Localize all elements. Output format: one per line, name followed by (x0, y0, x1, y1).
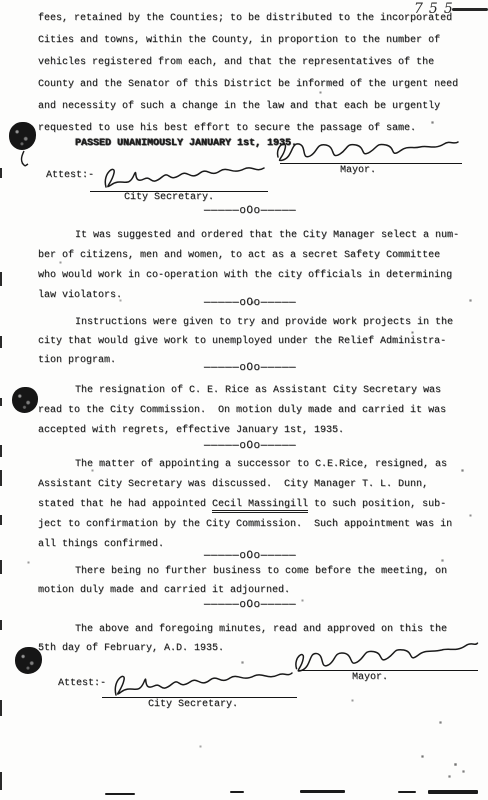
seal-mark (9, 122, 36, 150)
text-segment: to such position, sub- (308, 499, 446, 510)
text-line: County and the Senator of this District … (38, 74, 468, 96)
secretary-signature-line (102, 697, 297, 698)
section-divider: —————oOo————— (38, 440, 462, 452)
margin-mark (0, 398, 2, 406)
section-divider: —————oOo————— (38, 550, 462, 562)
mayor-signature-line (280, 163, 462, 164)
seal-mark-tail (18, 150, 32, 168)
mayor-label: Mayor. (352, 672, 388, 683)
section-divider: —————oOo————— (38, 297, 462, 309)
text-line: stated that he had appointed Cecil Massi… (38, 495, 468, 515)
text-line: Instructions were given to try and provi… (38, 313, 468, 332)
appointee-name: Cecil Massingill (212, 499, 308, 513)
margin-mark (0, 515, 2, 525)
text-line: Cities and towns, within the County, in … (38, 30, 468, 52)
section-divider: —————oOo————— (38, 599, 462, 611)
seal-mark (12, 387, 38, 413)
margin-mark (0, 620, 2, 630)
text-line: and necessity of such a change in the la… (38, 96, 468, 118)
attest-label: Attest:- (58, 678, 106, 689)
paragraph-6: There being no further business to come … (38, 562, 468, 600)
text-line: It was suggested and ordered that the Ci… (38, 226, 468, 246)
text-line: who would work in co-operation with the … (38, 266, 468, 286)
secretary-label: City Secretary. (124, 192, 214, 203)
text-line: city that would give work to unemployed … (38, 332, 468, 351)
text-line: vehicles registered from each, and that … (38, 52, 468, 74)
scan-smudge (300, 790, 345, 793)
scan-noise (0, 0, 1, 1)
attest-label: Attest:- (46, 170, 94, 181)
section-divider: —————oOo————— (38, 362, 462, 374)
section-divider: —————oOo————— (38, 205, 462, 217)
text-line: There being no further business to come … (38, 562, 468, 581)
scan-smudge (105, 793, 135, 795)
text-line: The resignation of C. E. Rice as Assista… (38, 381, 468, 401)
secretary-label: City Secretary. (148, 699, 238, 710)
text-line: Assistant City Secretary was discussed. … (38, 475, 468, 495)
margin-mark (0, 560, 2, 574)
mayor-signature (272, 137, 462, 163)
text-segment: stated that he had appointed (38, 499, 212, 510)
seal-mark (15, 647, 42, 674)
margin-mark (0, 470, 2, 486)
text-line: The above and foregoing minutes, read an… (38, 620, 468, 639)
secretary-signature (98, 163, 270, 191)
text-line: fees, retained by the Counties; to be di… (38, 8, 468, 30)
text-line: The matter of appointing a successor to … (38, 455, 468, 475)
margin-mark (0, 700, 2, 716)
mayor-signature-line (298, 670, 478, 671)
paragraph-2: It was suggested and ordered that the Ci… (38, 226, 468, 306)
text-line: ber of citizens, men and women, to act a… (38, 246, 468, 266)
margin-mark (0, 445, 2, 457)
paragraph-5: The matter of appointing a successor to … (38, 455, 468, 555)
margin-mark (0, 168, 2, 178)
paragraph-4: The resignation of C. E. Rice as Assista… (38, 381, 468, 441)
margin-mark (0, 272, 2, 286)
margin-mark (0, 336, 2, 348)
paragraph-1: fees, retained by the Counties; to be di… (38, 8, 468, 140)
mayor-label: Mayor. (340, 165, 376, 176)
text-line: motion duly made and carried it adjourne… (38, 581, 468, 600)
scan-smudge (230, 791, 244, 793)
secretary-signature (108, 669, 294, 699)
scan-smudge (428, 790, 478, 794)
scan-smudge (398, 791, 416, 793)
margin-mark (0, 772, 2, 790)
document-page: 755 fees, retained by the Counties; to b… (0, 0, 488, 800)
text-line: accepted with regrets, effective January… (38, 421, 468, 441)
text-line: ject to confirmation by the City Commiss… (38, 515, 468, 535)
text-line: read to the City Commission. On motion d… (38, 401, 468, 421)
